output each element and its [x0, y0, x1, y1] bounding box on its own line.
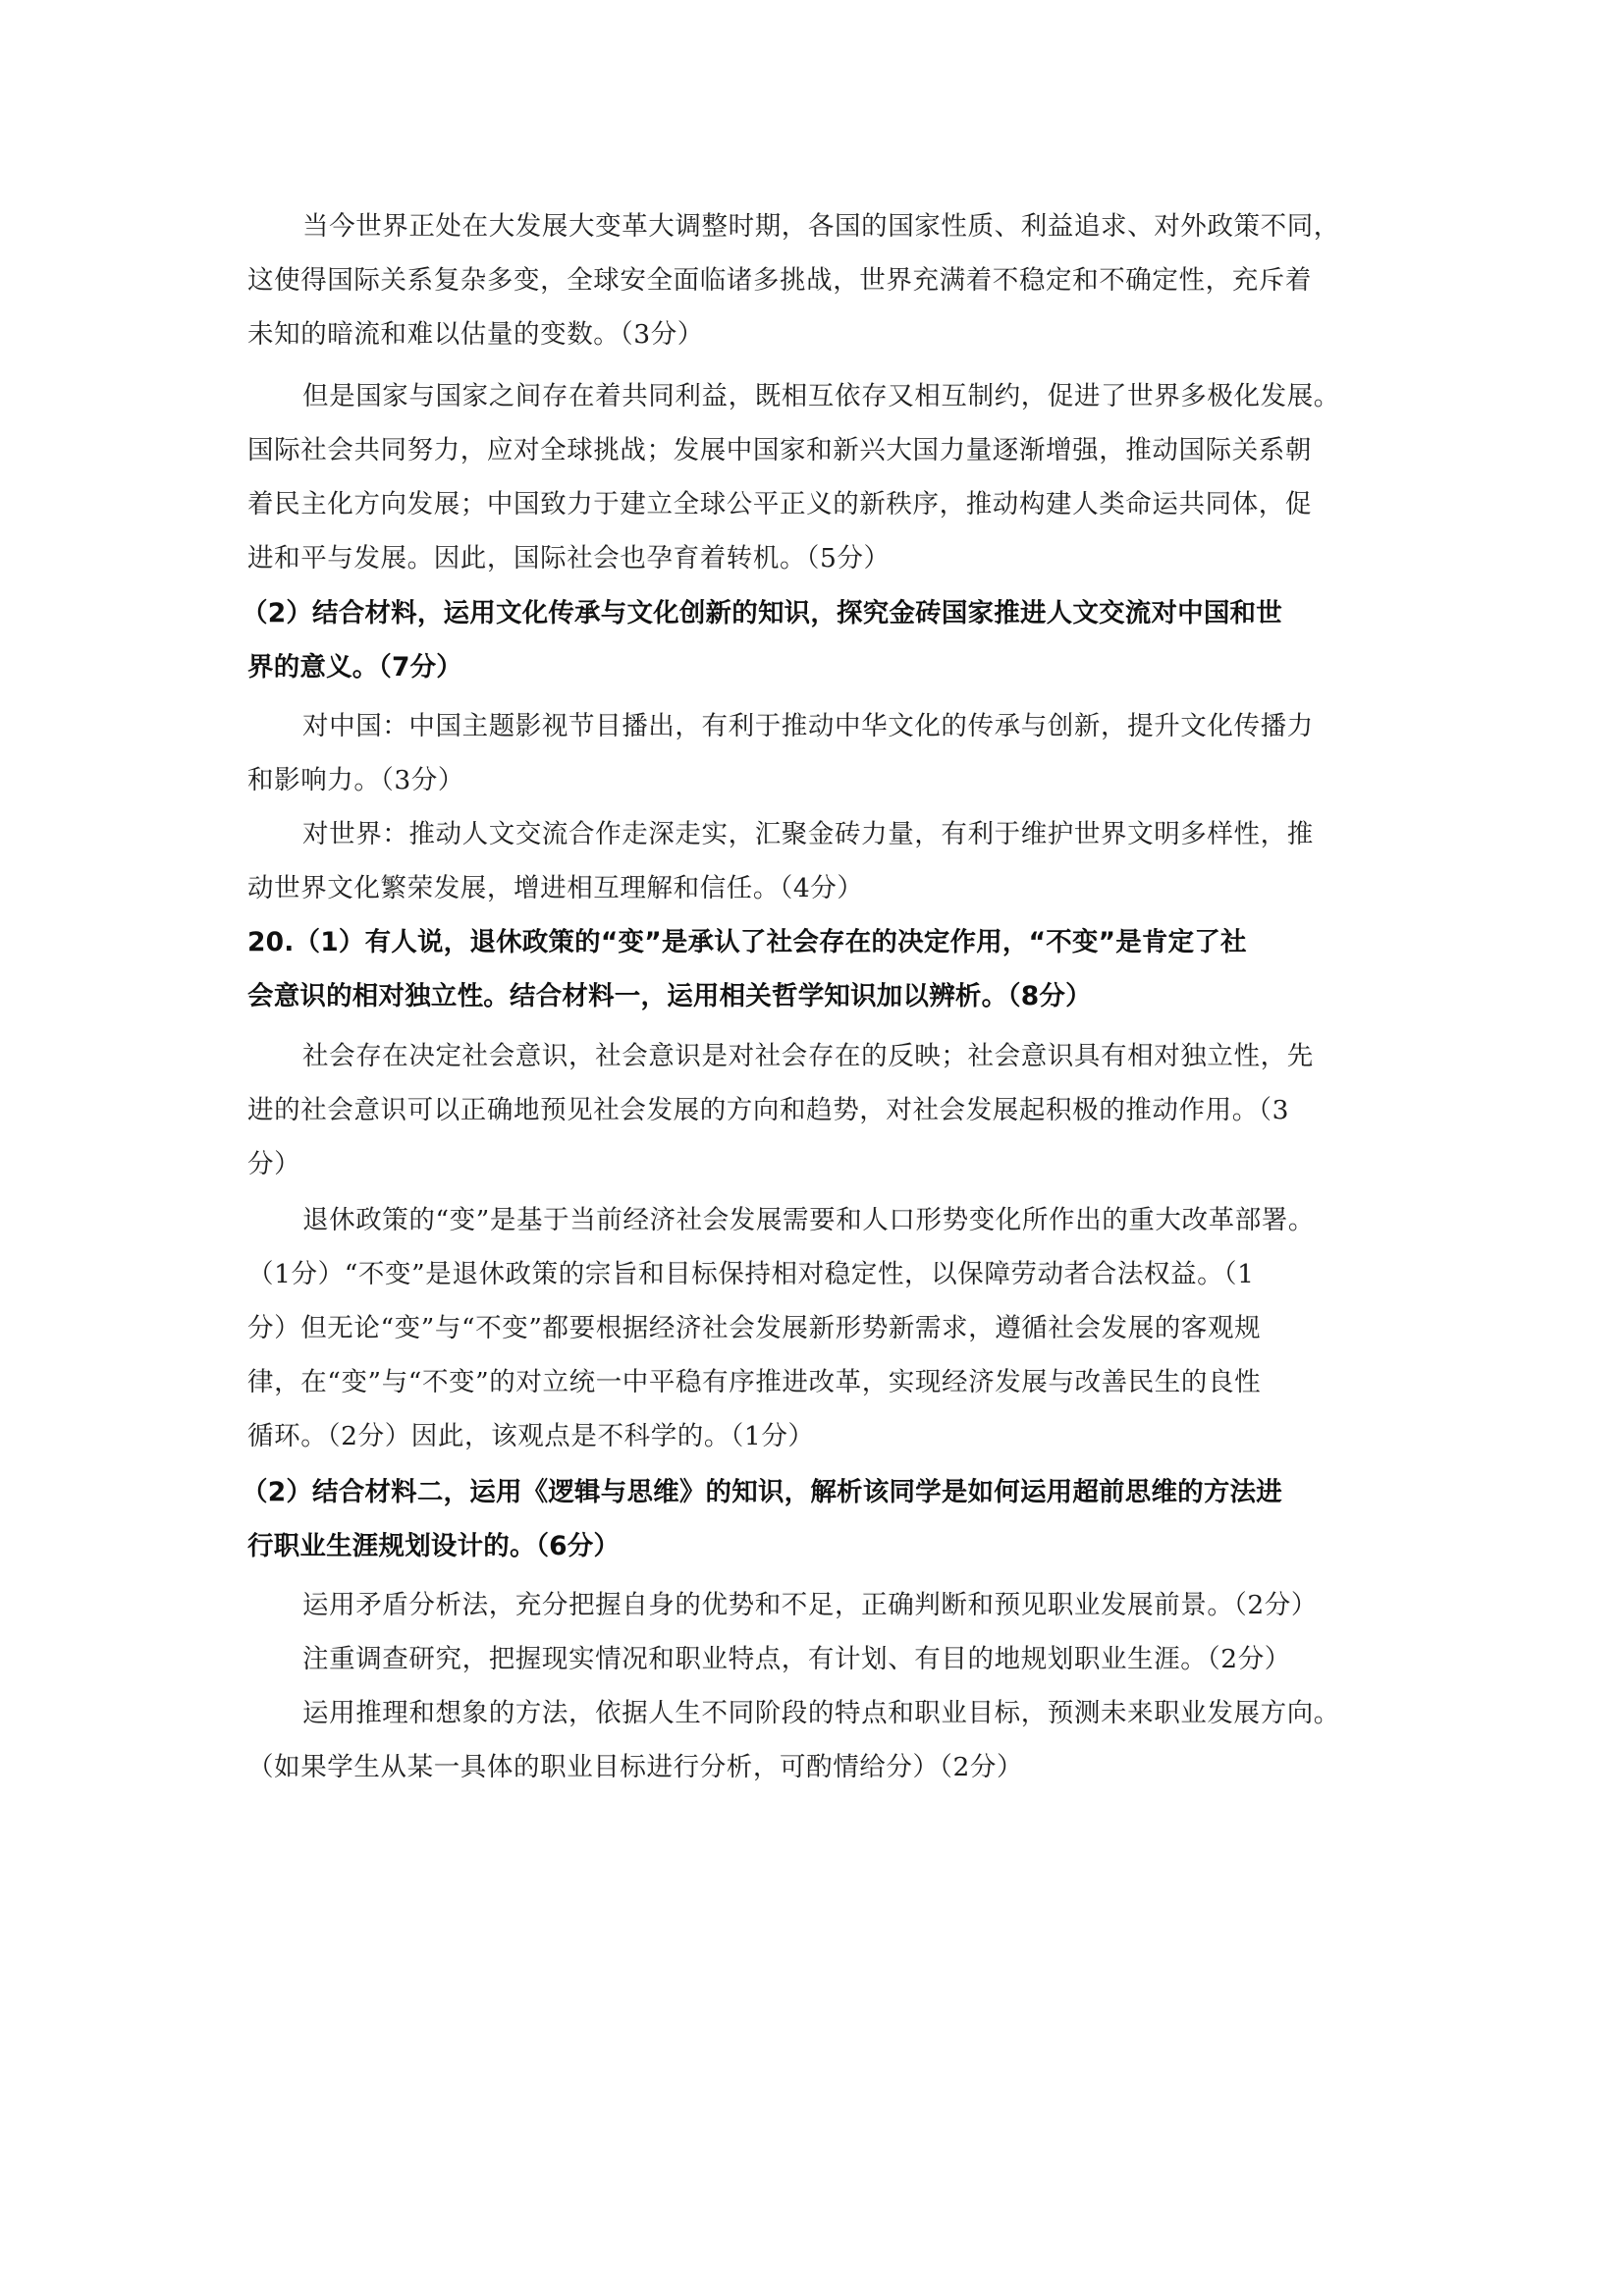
answer-text-line: （1分）“不变”是退休政策的宗旨和目标保持相对稳定性，以保障劳动者合法权益。（1 [247, 1257, 1386, 1292]
answer-text-line: 循环。（2分）因此，该观点是不科学的。（1分） [247, 1419, 1386, 1454]
answer-text-line: 对中国：中国主题影视节目播出，有利于推动中华文化的传承与创新，提升文化传播力 [302, 709, 1441, 744]
answer-text-line: 社会存在决定社会意识，社会意识是对社会存在的反映；社会意识具有相对独立性，先 [302, 1039, 1441, 1074]
answer-text-line: 这使得国际关系复杂多变，全球安全面临诸多挑战，世界充满着不稳定和不确定性，充斥着 [247, 263, 1386, 299]
answer-text-line: 分） [247, 1147, 1386, 1182]
answer-text-line: 律，在“变”与“不变”的对立统一中平稳有序推进改革，实现经济发展与改善民生的良性 [247, 1365, 1386, 1400]
answer-text-line: 运用矛盾分析法，充分把握自身的优势和不足，正确判断和预见职业发展前景。（2分） [302, 1588, 1441, 1623]
answer-text-line: 进和平与发展。因此，国际社会也孕育着转机。（5分） [247, 541, 1386, 576]
answer-text-line: 退休政策的“变”是基于当前经济社会发展需要和人口形势变化所作出的重大改革部署。 [302, 1203, 1441, 1238]
answer-text-line: 但是国家与国家之间存在着共同利益，既相互依存又相互制约，促进了世界多极化发展。 [302, 379, 1441, 414]
answer-text-line: 当今世界正处在大发展大变革大调整时期，各国的国家性质、利益追求、对外政策不同， [302, 209, 1441, 245]
question-text-line: 20.（1）有人说，退休政策的“变”是承认了社会存在的决定作用，“不变”是肯定了… [247, 925, 1386, 960]
answer-text-line: 动世界文化繁荣发展，增进相互理解和信任。（4分） [247, 871, 1386, 906]
question-text-line: （2）结合材料，运用文化传承与文化创新的知识，探究金砖国家推进人文交流对中国和世 [242, 596, 1380, 631]
answer-text-line: （如果学生从某一具体的职业目标进行分析，可酌情给分）（2分） [247, 1750, 1386, 1785]
answer-text-line: 注重调查研究，把握现实情况和职业特点，有计划、有目的地规划职业生涯。（2分） [302, 1642, 1441, 1677]
question-text-line: 会意识的相对独立性。结合材料一，运用相关哲学知识加以辨析。（8分） [247, 979, 1386, 1014]
answer-text-line: 分）但无论“变”与“不变”都要根据经济社会发展新形势新需求，遵循社会发展的客观规 [247, 1311, 1386, 1346]
answer-text-line: 未知的暗流和难以估量的变数。（3分） [247, 317, 1386, 353]
answer-text-line: 着民主化方向发展；中国致力于建立全球公平正义的新秩序，推动构建人类命运共同体，促 [247, 487, 1386, 522]
question-text-line: 行职业生涯规划设计的。（6分） [247, 1529, 1386, 1564]
question-text-line: （2）结合材料二，运用《逻辑与思维》的知识，解析该同学是如何运用超前思维的方法进 [242, 1475, 1380, 1510]
answer-text-line: 国际社会共同努力，应对全球挑战；发展中国家和新兴大国力量逐渐增强，推动国际关系朝 [247, 433, 1386, 468]
answer-text-line: 进的社会意识可以正确地预见社会发展的方向和趋势，对社会发展起积极的推动作用。（3 [247, 1093, 1386, 1128]
answer-text-line: 和影响力。（3分） [247, 763, 1386, 798]
answer-text-line: 运用推理和想象的方法，依据人生不同阶段的特点和职业目标，预测未来职业发展方向。 [302, 1696, 1441, 1731]
answer-text-line: 对世界：推动人文交流合作走深走实，汇聚金砖力量，有利于维护世界文明多样性，推 [302, 817, 1441, 852]
question-text-line: 界的意义。（7分） [247, 650, 1386, 685]
